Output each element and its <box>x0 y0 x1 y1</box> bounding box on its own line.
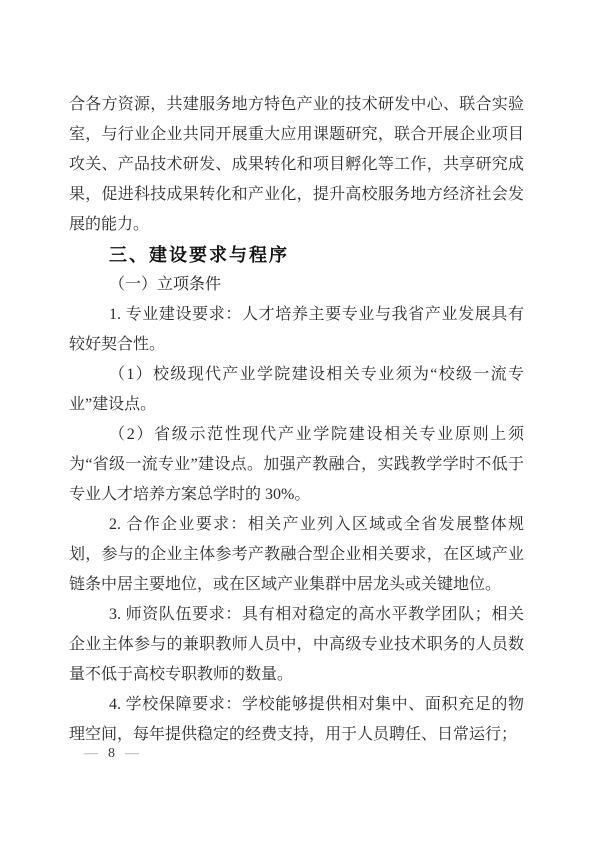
section-heading: 三、建设要求与程序 <box>69 240 524 270</box>
paragraph-item-3: 3. 师资队伍要求：具有相对稳定的高水平教学团队；相关企业主体参与的兼职教师人员… <box>69 600 524 690</box>
paragraph-item-4: 4. 学校保障要求：学校能够提供相对集中、面积充足的物理空间，每年提供稳定的经费… <box>69 690 524 750</box>
document-body: 合各方资源，共建服务地方特色产业的技术研发中心、联合实验室，与行业企业共同开展重… <box>69 90 524 750</box>
document-page: 合各方资源，共建服务地方特色产业的技术研发中心、联合实验室，与行业企业共同开展重… <box>0 0 600 848</box>
subsection-heading: （一）立项条件 <box>69 270 524 300</box>
paragraph-item-2: 2. 合作企业要求：相关产业列入区域或全省发展整体规划，参与的企业主体参考产教融… <box>69 510 524 600</box>
paragraph-item-1: 1. 专业建设要求：人才培养主要专业与我省产业发展具有较好契合性。 <box>69 300 524 360</box>
page-footer: —8— <box>84 747 139 761</box>
page-number: 8 <box>108 746 115 761</box>
paragraph-continuation: 合各方资源，共建服务地方特色产业的技术研发中心、联合实验室，与行业企业共同开展重… <box>69 90 524 240</box>
footer-dash-left: — <box>84 746 98 761</box>
paragraph-subitem-2: （2）省级示范性现代产业学院建设相关专业原则上须为“省级一流专业”建设点。加强产… <box>69 420 524 510</box>
paragraph-subitem-1: （1）校级现代产业学院建设相关专业须为“校级一流专业”建设点。 <box>69 360 524 420</box>
footer-dash-right: — <box>125 746 139 761</box>
